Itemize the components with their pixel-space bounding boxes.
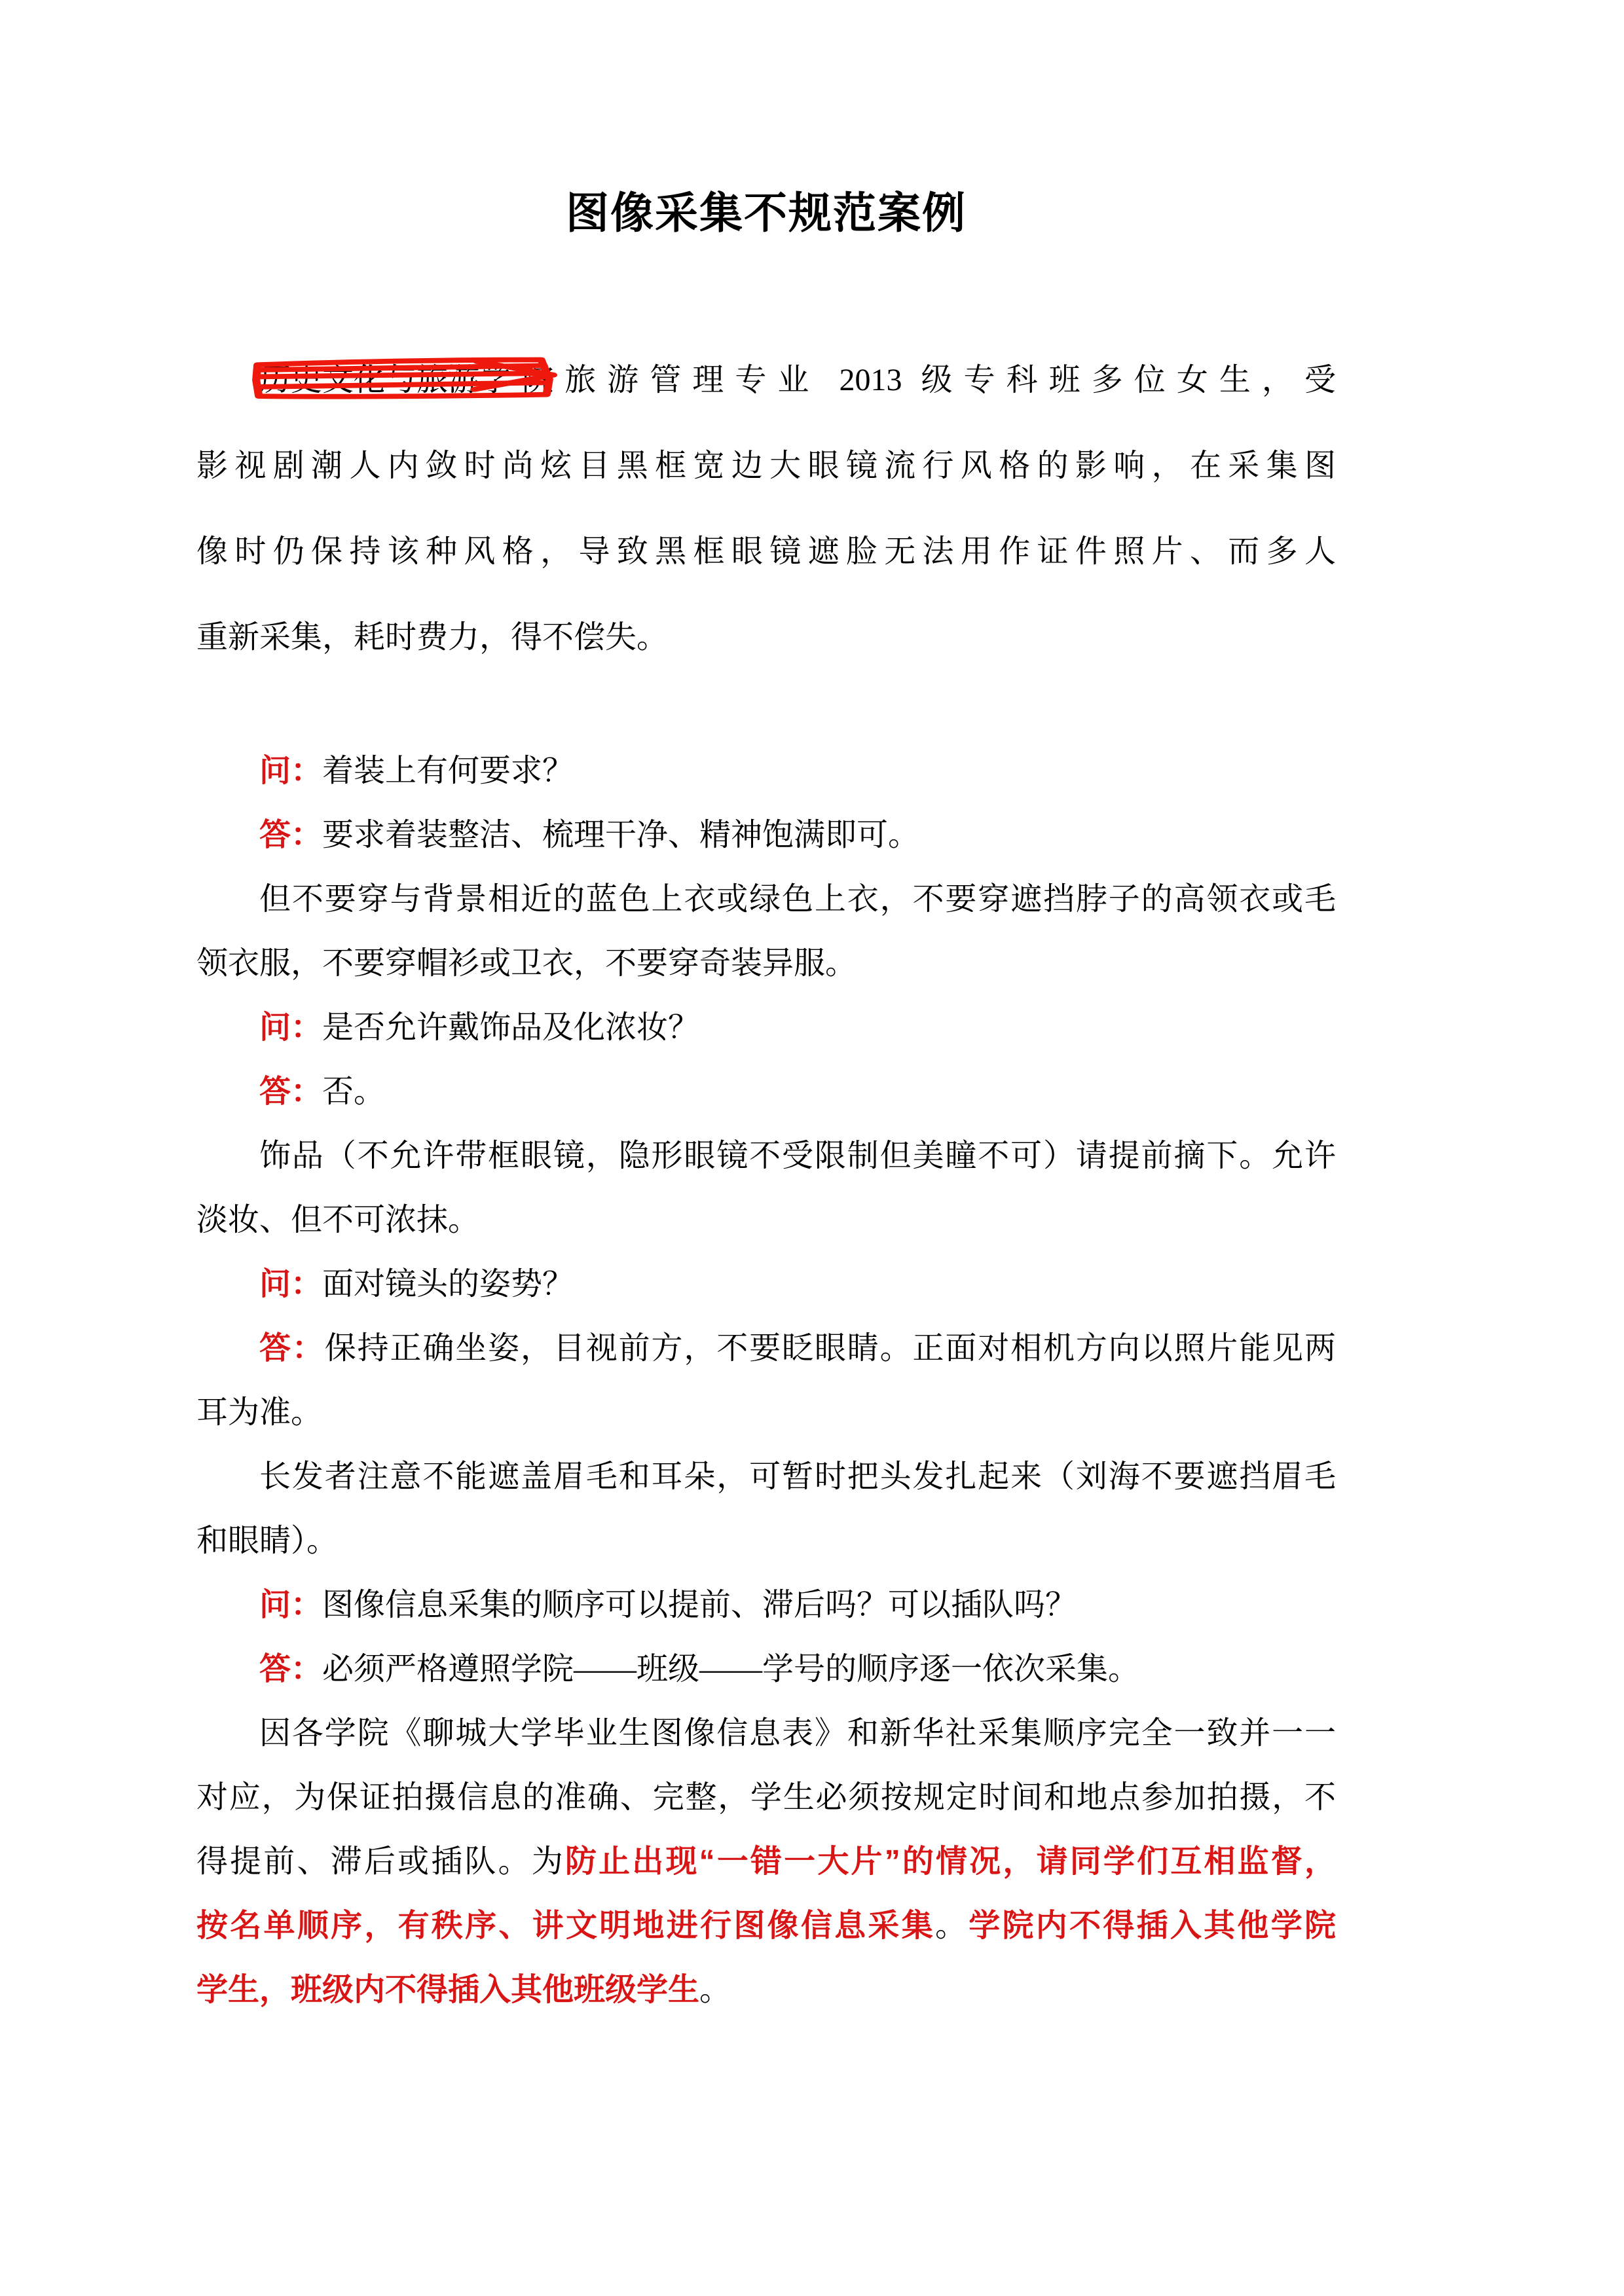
text-line: 重新采集，耗时费力，得不偿失。 xyxy=(196,594,1336,680)
redacted-text: 历史文化与旅游学 xyxy=(259,337,511,423)
text-segment: 耳为准。 xyxy=(196,1395,322,1430)
document-body: 历史文化与旅游学院旅游管理专业 2013 级专科班多位女生，受影视剧潮人内敛时尚… xyxy=(0,0,1624,2296)
text-line: 得提前、滞后或插队。为防止出现“一错一大片”的情况，请同学们互相监督， xyxy=(196,1830,1336,1894)
text-segment: 领衣服，不要穿帽衫或卫衣，不要穿奇装异服。 xyxy=(196,946,857,981)
text-segment: 影视剧潮人内敛时尚炫目黑框宽边大眼镜流行风格的影响，在采集图 xyxy=(196,448,1336,483)
text-segment: 保持正确坐姿，目视前方，不要眨眼睛。正面对相机方向以照片能见两 xyxy=(325,1331,1336,1366)
text-segment: 否。 xyxy=(322,1074,385,1109)
text-segment: 院旅游管理专业 2013 级专科班多位女生，受 xyxy=(511,363,1336,397)
text-line: 但不要穿与背景相近的蓝色上衣或绿色上衣，不要穿遮挡脖子的高领衣或毛 xyxy=(196,867,1336,932)
text-segment: 面对镜头的姿势？ xyxy=(322,1267,574,1302)
text-line: 影视剧潮人内敛时尚炫目黑框宽边大眼镜流行风格的影响，在采集图 xyxy=(196,423,1336,509)
text-line: 淡妆、但不可浓抹。 xyxy=(196,1188,1336,1252)
text-segment: 重新采集，耗时费力，得不偿失。 xyxy=(196,620,668,655)
answer-label: 答： xyxy=(259,1074,322,1109)
text-line: 问：图像信息采集的顺序可以提前、滞后吗？可以插队吗？ xyxy=(196,1573,1336,1637)
text-segment: 饰品（不允许带框眼镜，隐形眼镜不受限制但美瞳不可）请提前摘下。允许 xyxy=(259,1139,1336,1173)
text-segment: 。 xyxy=(935,1908,969,1943)
text-line: 饰品（不允许带框眼镜，隐形眼镜不受限制但美瞳不可）请提前摘下。允许 xyxy=(196,1124,1336,1188)
question-label: 问： xyxy=(259,1588,322,1622)
answer-label: 答： xyxy=(259,1652,322,1686)
text-segment: 因各学院《聊城大学毕业生图像信息表》和新华社采集顺序完全一致并一一 xyxy=(259,1716,1336,1751)
text-segment: 要求着装整洁、梳理干净、精神饱满即可。 xyxy=(322,818,919,852)
text-line: 像时仍保持该种风格，导致黑框眼镜遮脸无法用作证件照片、而多人 xyxy=(196,509,1336,594)
text-line: 学生，班级内不得插入其他班级学生。 xyxy=(196,1958,1336,2022)
text-segment: 必须严格遵照学院——班级——学号的顺序逐一依次采集。 xyxy=(322,1652,1139,1686)
text-line: 问：着装上有何要求？ xyxy=(196,739,1336,803)
text-line: 领衣服，不要穿帽衫或卫衣，不要穿奇装异服。 xyxy=(196,932,1336,996)
text-segment: 图像信息采集的顺序可以提前、滞后吗？可以插队吗？ xyxy=(322,1588,1077,1622)
text-segment: 但不要穿与背景相近的蓝色上衣或绿色上衣，不要穿遮挡脖子的高领衣或毛 xyxy=(259,882,1336,917)
text-line: 长发者注意不能遮盖眉毛和耳朵，可暂时把头发扎起来（刘海不要遮挡眉毛 xyxy=(196,1445,1336,1509)
text-segment: 对应，为保证拍摄信息的准确、完整，学生必须按规定时间和地点参加拍摄，不 xyxy=(196,1780,1336,1815)
document-page: 图像采集不规范案例 历史文化与旅游学院旅游管理专业 2013 级专科班多位女生，… xyxy=(0,0,1624,2296)
text-line: 答：否。 xyxy=(196,1060,1336,1124)
text-segment: 是否允许戴饰品及化浓妆？ xyxy=(322,1010,699,1045)
warning-text-segment: 按名单顺序，有秩序、讲文明地进行图像信息采集 xyxy=(196,1908,935,1943)
text-line: 因各学院《聊城大学毕业生图像信息表》和新华社采集顺序完全一致并一一 xyxy=(196,1702,1336,1766)
answer-label: 答： xyxy=(259,818,322,852)
text-line: 答：要求着装整洁、梳理干净、精神饱满即可。 xyxy=(196,803,1336,867)
text-line: 历史文化与旅游学院旅游管理专业 2013 级专科班多位女生，受 xyxy=(196,337,1336,423)
text-segment: 淡妆、但不可浓抹。 xyxy=(196,1203,479,1237)
text-line: 耳为准。 xyxy=(196,1381,1336,1445)
text-segment: 。 xyxy=(699,1973,731,2007)
text-segment: 着装上有何要求？ xyxy=(322,754,574,788)
text-segment: 得提前、滞后或插队。为 xyxy=(196,1844,565,1879)
text-line: 按名单顺序，有秩序、讲文明地进行图像信息采集。学院内不得插入其他学院 xyxy=(196,1894,1336,1958)
text-line: 对应，为保证拍摄信息的准确、完整，学生必须按规定时间和地点参加拍摄，不 xyxy=(196,1766,1336,1830)
text-segment: 和眼睛）。 xyxy=(196,1523,338,1558)
question-label: 问： xyxy=(259,1267,322,1302)
text-line: 和眼睛）。 xyxy=(196,1509,1336,1573)
warning-text-segment: 学院内不得插入其他学院 xyxy=(969,1908,1336,1943)
warning-text-segment: 防止出现“一错一大片”的情况，请同学们互相监督， xyxy=(565,1844,1336,1879)
answer-label: 答： xyxy=(259,1331,325,1366)
text-line: 问：面对镜头的姿势？ xyxy=(196,1252,1336,1317)
text-segment: 长发者注意不能遮盖眉毛和耳朵，可暂时把头发扎起来（刘海不要遮挡眉毛 xyxy=(259,1459,1336,1494)
question-label: 问： xyxy=(259,1010,322,1045)
warning-text-segment: 学生，班级内不得插入其他班级学生 xyxy=(196,1973,699,2007)
text-line: 答：保持正确坐姿，目视前方，不要眨眼睛。正面对相机方向以照片能见两 xyxy=(196,1317,1336,1381)
question-label: 问： xyxy=(259,754,322,788)
text-line: 答：必须严格遵照学院——班级——学号的顺序逐一依次采集。 xyxy=(196,1637,1336,1702)
text-segment: 像时仍保持该种风格，导致黑框眼镜遮脸无法用作证件照片、而多人 xyxy=(196,534,1336,569)
text-line: 问：是否允许戴饰品及化浓妆？ xyxy=(196,996,1336,1060)
